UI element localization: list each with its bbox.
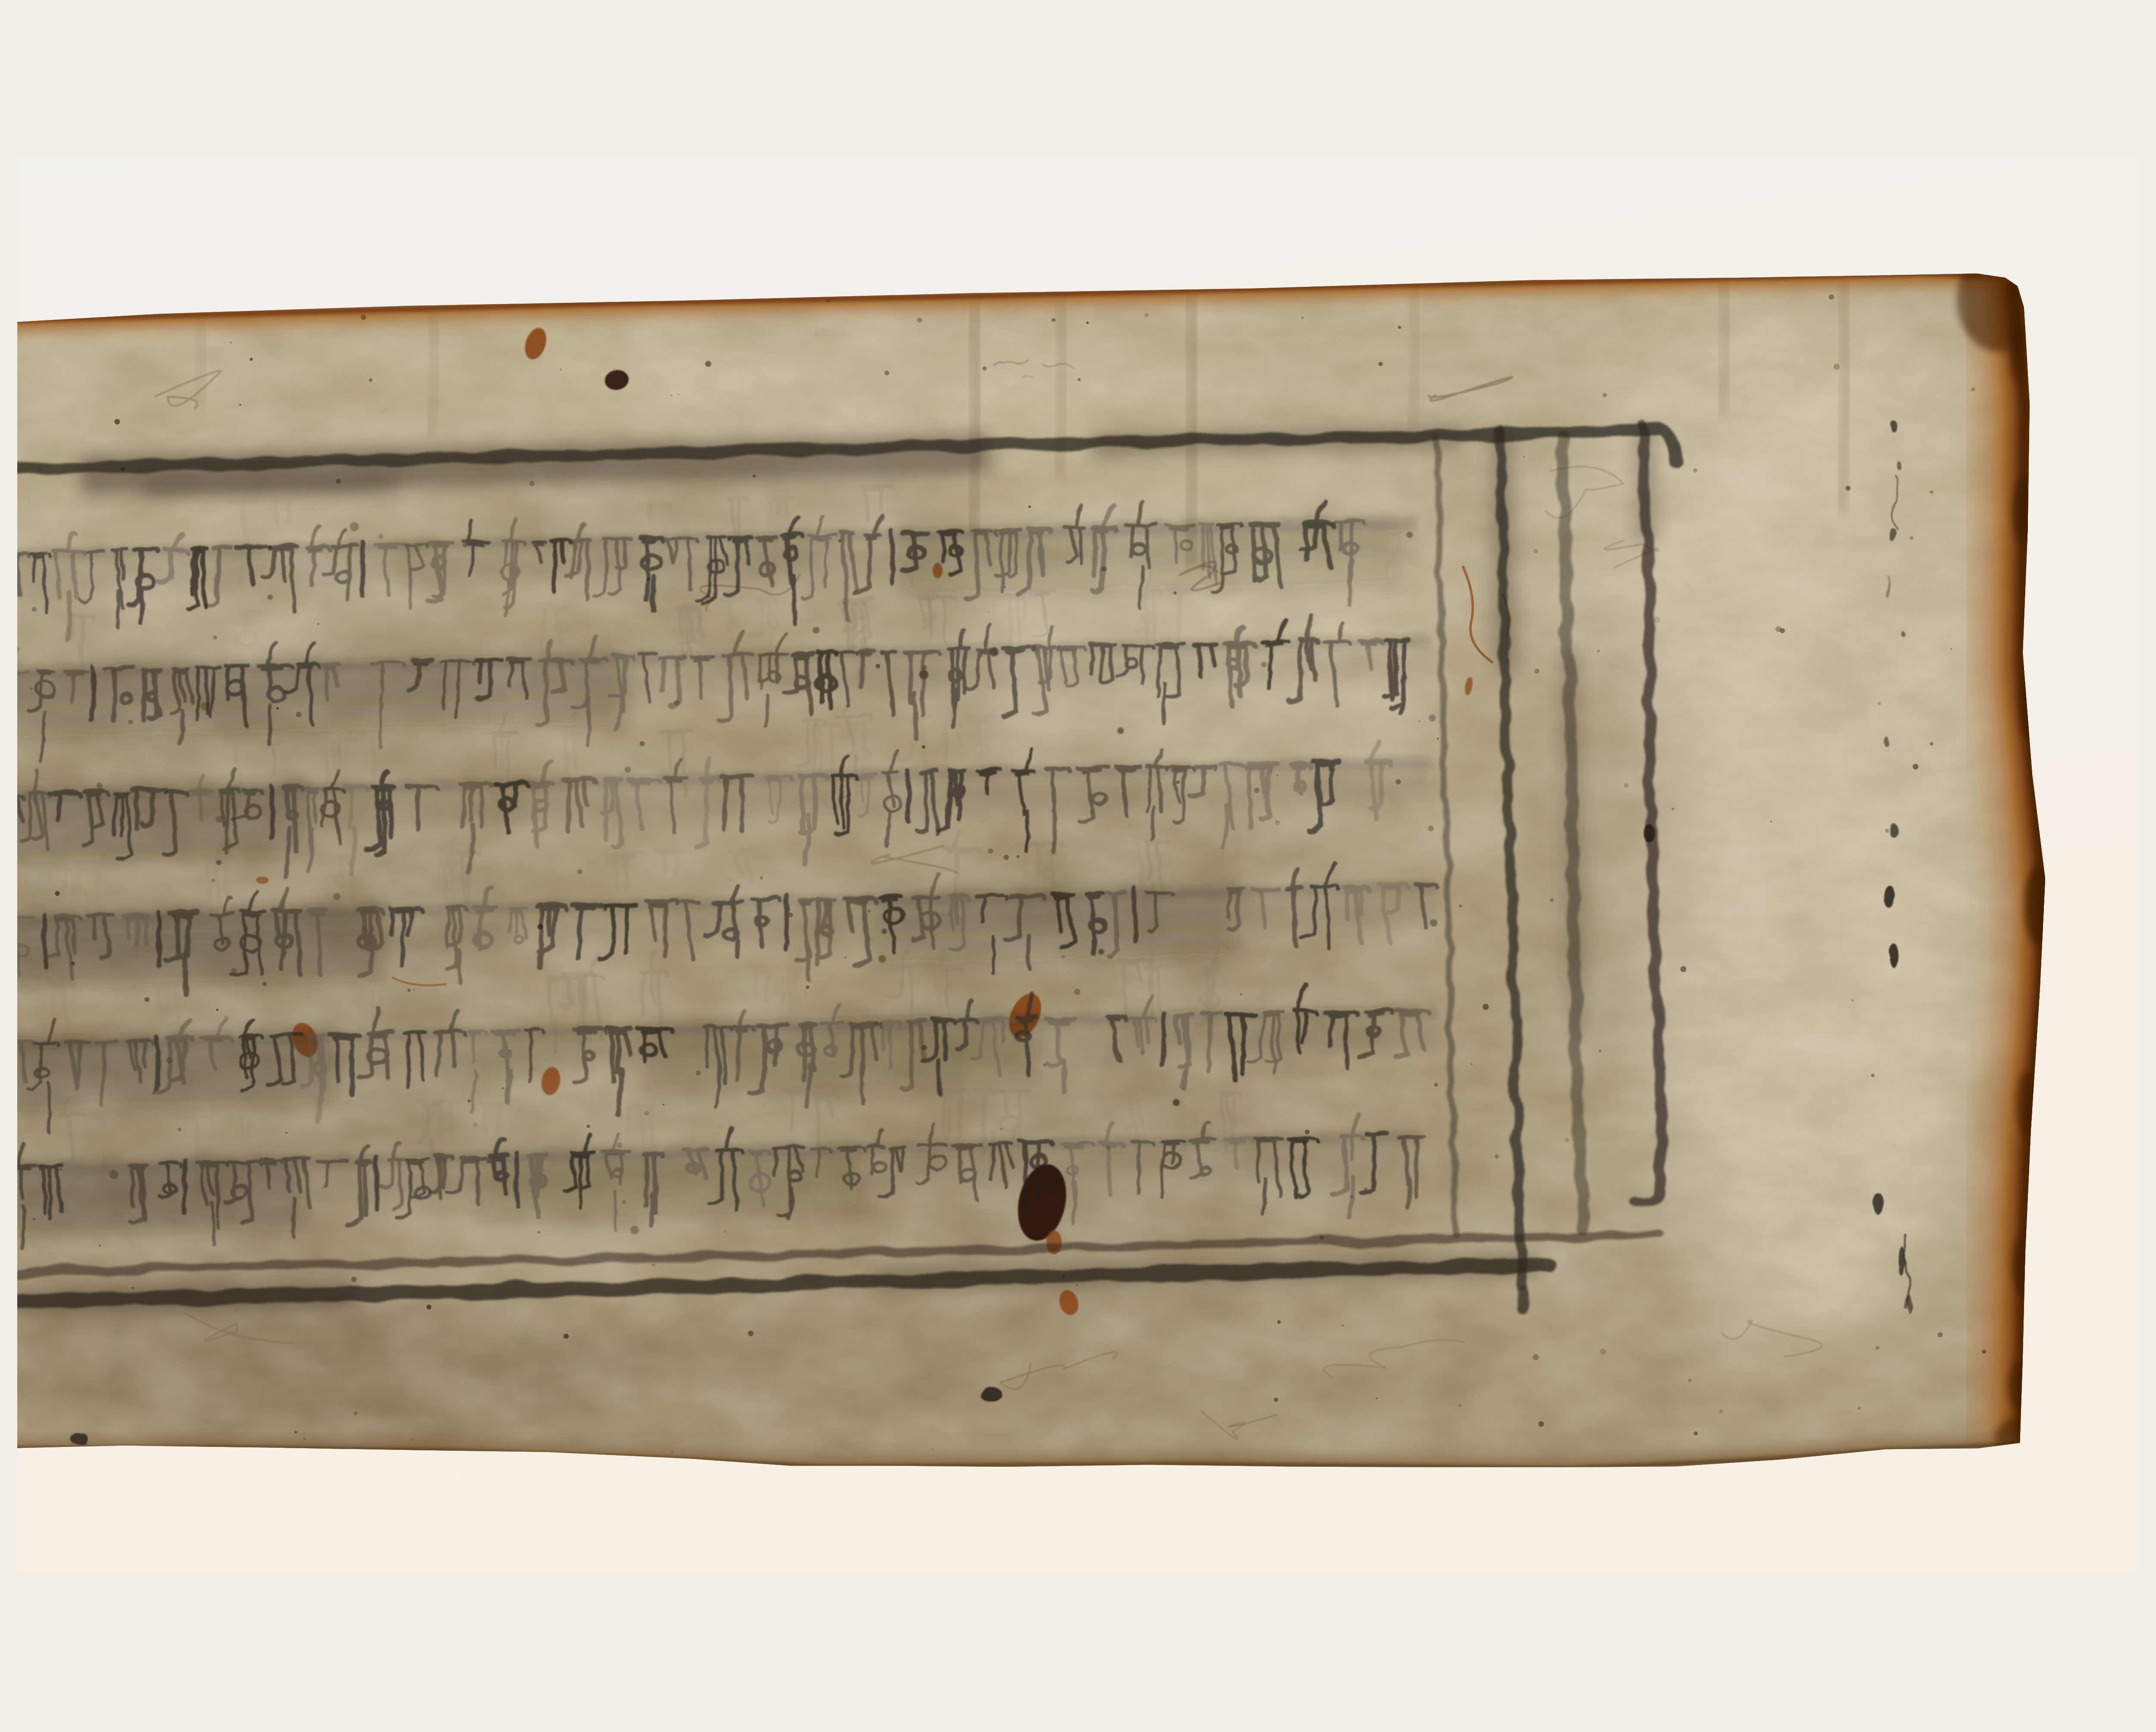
manuscript-scene bbox=[17, 7, 2139, 1725]
manuscript-photo bbox=[17, 7, 2139, 1725]
